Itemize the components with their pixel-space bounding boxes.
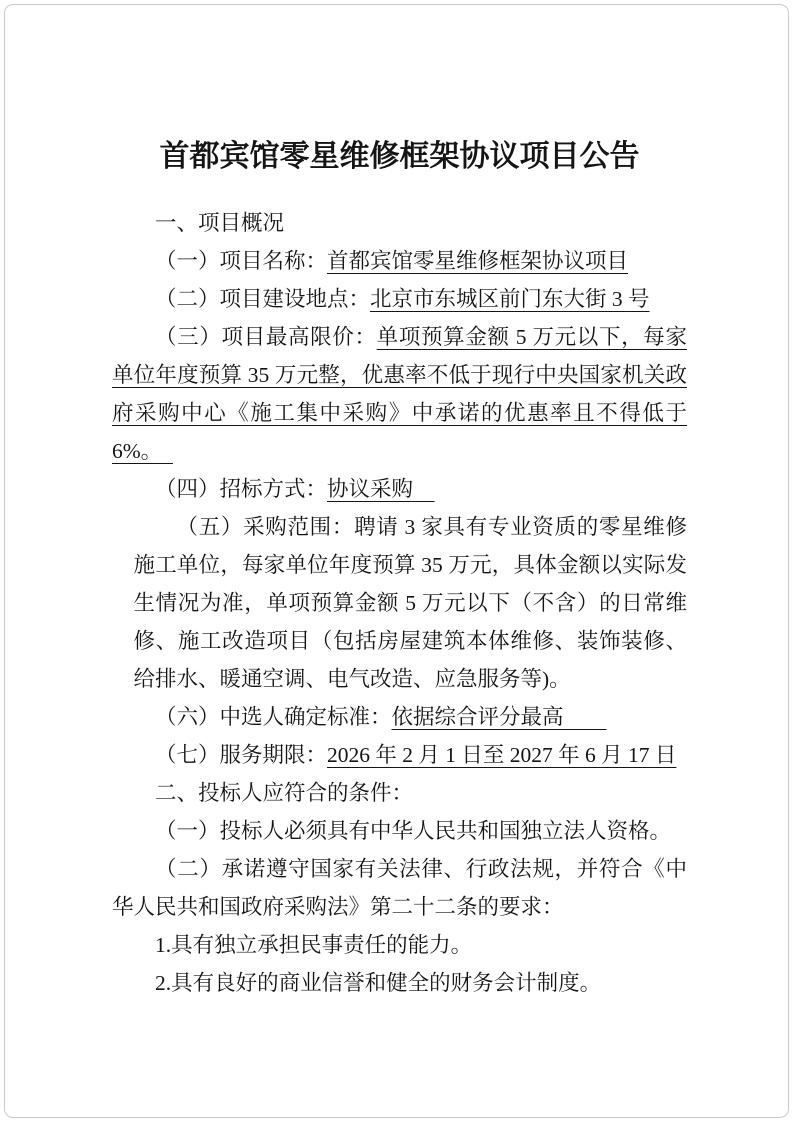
clause-text: （一）投标人必须具有中华人民共和国独立法人资格。 xyxy=(155,819,671,843)
clause-label: （三）项目最高限价： xyxy=(155,325,377,349)
clause-label: （一）项目名称： xyxy=(155,249,327,273)
clause-label: （二）项目建设地点： xyxy=(155,287,370,311)
clause-procurement-scope: （五）采购范围：聘请 3 家具有专业资质的零星维修施工单位，每家单位年度预算 3… xyxy=(112,508,687,698)
clause-project-location: （二）项目建设地点：北京市东城区前门东大街 3 号 xyxy=(112,280,687,318)
document-page: 首都宾馆零星维修框架协议项目公告 一、项目概况 （一）项目名称：首都宾馆零星维修… xyxy=(0,0,793,1122)
section-heading-text: 二、投标人应符合的条件： xyxy=(155,781,413,805)
clause-label: （七）服务期限： xyxy=(155,743,327,767)
clause-law-compliance: （二）承诺遵守国家有关法律、行政法规，并符合《中华人民共和国政府采购法》第二十二… xyxy=(112,850,687,926)
section-heading-text: 一、项目概况 xyxy=(155,211,284,235)
numbered-item-text: 1.具有独立承担民事责任的能力。 xyxy=(155,933,472,957)
section-heading-2: 二、投标人应符合的条件： xyxy=(112,774,687,812)
clause-project-name: （一）项目名称：首都宾馆零星维修框架协议项目 xyxy=(112,242,687,280)
clause-label: （六）中选人确定标准： xyxy=(155,705,392,729)
clause-text: （二）承诺遵守国家有关法律、行政法规，并符合《中华人民共和国政府采购法》第二十二… xyxy=(112,857,687,919)
clause-price-limit: （三）项目最高限价：单项预算金额 5 万元以下，每家单位年度预算 35 万元整，… xyxy=(112,318,687,470)
clause-label: （四）招标方式： xyxy=(155,477,327,501)
clause-service-period: （七）服务期限：2026 年 2 月 1 日至 2027 年 6 月 17 日 xyxy=(112,736,687,774)
clause-label: （五）采购范围： xyxy=(177,515,355,539)
clause-value: 聘请 3 家具有专业资质的零星维修施工单位，每家单位年度预算 35 万元，具体金… xyxy=(134,515,688,691)
clause-bidder-qualification: （一）投标人必须具有中华人民共和国独立法人资格。 xyxy=(112,812,687,850)
clause-value-underlined: 协议采购 xyxy=(327,477,435,501)
document-body: 首都宾馆零星维修框架协议项目公告 一、项目概况 （一）项目名称：首都宾馆零星维修… xyxy=(112,134,687,1002)
clause-value-underlined: 依据综合评分最高 xyxy=(392,705,607,729)
document-title: 首都宾馆零星维修框架协议项目公告 xyxy=(112,134,687,180)
numbered-item-text: 2.具有良好的商业信誉和健全的财务会计制度。 xyxy=(155,971,601,995)
clause-value-underlined: 2026 年 2 月 1 日至 2027 年 6 月 17 日 xyxy=(327,743,676,767)
section-heading-1: 一、项目概况 xyxy=(112,204,687,242)
clause-selection-criteria: （六）中选人确定标准：依据综合评分最高 xyxy=(112,698,687,736)
numbered-item-2: 2.具有良好的商业信誉和健全的财务会计制度。 xyxy=(112,964,687,1002)
clause-bidding-method: （四）招标方式：协议采购 xyxy=(112,470,687,508)
clause-value-underlined: 北京市东城区前门东大街 3 号 xyxy=(370,287,650,311)
clause-value-underlined: 首都宾馆零星维修框架协议项目 xyxy=(327,249,628,273)
numbered-item-1: 1.具有独立承担民事责任的能力。 xyxy=(112,926,687,964)
